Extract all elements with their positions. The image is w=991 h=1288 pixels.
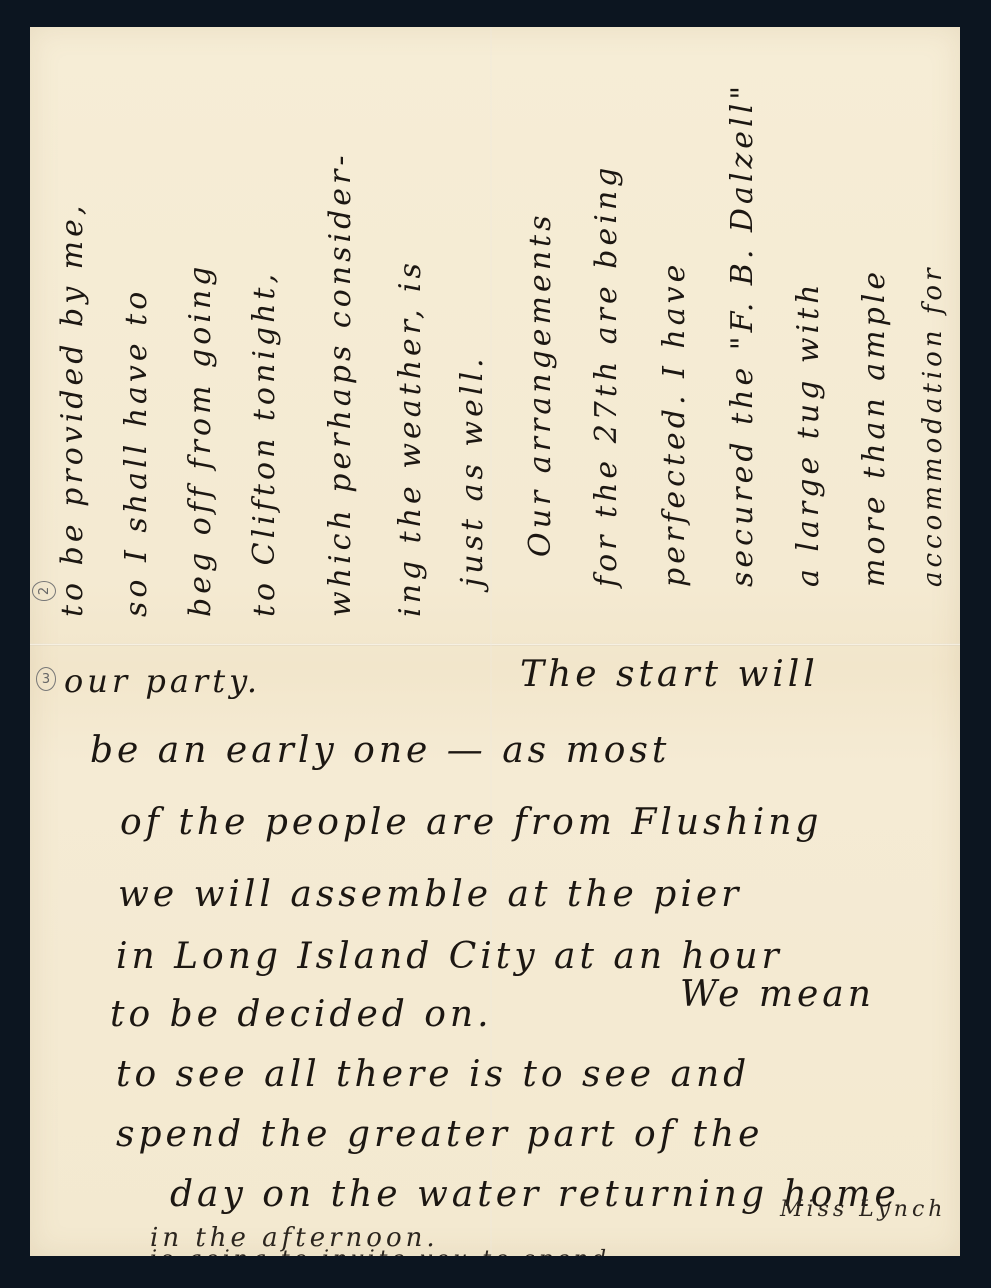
upright-line-6-left: to be decided on. <box>110 997 493 1033</box>
upright-line-7: to see all there is to see and <box>116 1057 750 1093</box>
rotated-line-7: just as well. <box>458 354 488 587</box>
rotated-line-1: to be provided by me, <box>58 202 88 617</box>
letter-page: 2 to be provided by me, so I shall have … <box>30 27 960 1256</box>
rotated-line-10: perfected. I have <box>660 261 690 587</box>
rotated-line-2: so I shall have to <box>122 288 152 617</box>
upright-line-6-right: We mean <box>680 977 875 1013</box>
rotated-line-14: accommodation for <box>920 264 946 587</box>
rotated-line-8: Our arrangements <box>526 212 556 558</box>
upright-line-11: is going to invite you to spend <box>150 1249 610 1256</box>
rotated-line-3: beg off from going <box>186 263 216 617</box>
upright-line-4: we will assemble at the pier <box>118 877 742 913</box>
upright-line-5: in Long Island City at an hour <box>116 939 783 975</box>
page-number-marker-3: 3 <box>36 667 56 691</box>
rotated-line-6: ing the weather, is <box>396 259 426 617</box>
rotated-line-4: to Clifton tonight, <box>250 270 280 617</box>
upright-line-1-left: our party. <box>64 665 261 697</box>
page-number-marker-2: 2 <box>32 581 56 601</box>
rotated-line-12: a large tug with <box>794 280 824 587</box>
rotated-line-9: for the 27th are being <box>592 164 622 587</box>
horizontal-fold-line <box>30 643 960 646</box>
rotated-line-11: secured the "F. B. Dalzell" <box>728 82 758 587</box>
upright-line-2: be an early one — as most <box>90 733 670 769</box>
rotated-line-13: more than ample <box>860 268 890 587</box>
rotated-line-5: which perhaps consider- <box>326 151 356 617</box>
upright-line-8: spend the greater part of the <box>116 1117 763 1153</box>
upright-line-3: of the people are from Flushing <box>120 805 822 841</box>
upright-line-10-right: Miss Lynch <box>780 1199 946 1221</box>
upright-line-1-right: The start will <box>520 657 819 693</box>
